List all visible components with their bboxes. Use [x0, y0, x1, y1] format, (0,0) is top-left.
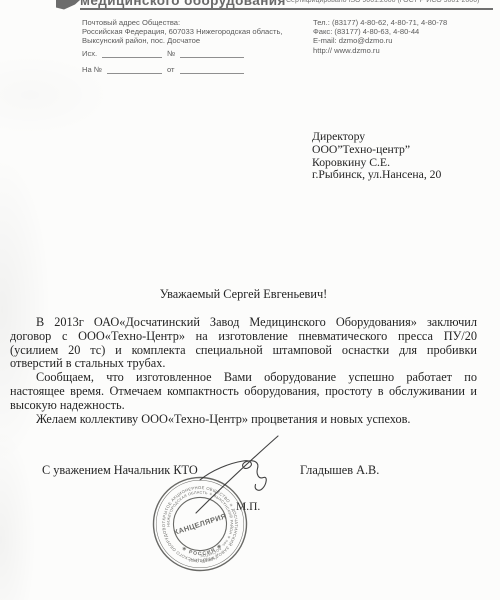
body-line: отверстий в стальных трубах. [10, 357, 477, 371]
salutation: Уважаемый Сергей Евгеньевич! [10, 287, 477, 302]
body-line: (усилием 20 тс) и комплекта специальной … [10, 344, 477, 358]
recipient-company: ООО”Техно-центр” [312, 144, 441, 157]
outgoing-ref-row: Исх. № [82, 47, 244, 58]
body-line: настоящее время. Отмечаем компактность о… [10, 385, 477, 399]
iso-certification-line: Сертифицировано ISO 9001:2000 (ГОСТ Р ИС… [286, 0, 479, 4]
body-line: высокую надежность. [10, 399, 477, 413]
incoming-date-blank [180, 64, 244, 74]
postal-label: Почтовый адрес Общества: [82, 18, 283, 27]
body-line: В 2013г ОАО«Досчатинский Завод Медицинск… [10, 316, 477, 330]
incoming-ref-blank [107, 64, 162, 74]
recipient-address: г.Рыбинск, ул.Нансена, 20 [312, 169, 441, 182]
outgoing-number-blank [180, 48, 244, 58]
round-stamp: ОТКРЫТОЕ АКЦИОНЕРНОЕ ОБЩЕСТВО ✳ ДОСЧАТИН… [150, 474, 251, 575]
recipient-block: Директору ООО”Техно-центр” Коровкину С.Е… [312, 131, 441, 182]
outgoing-ref-blank [102, 48, 162, 58]
incoming-ref-label: На № [82, 65, 102, 74]
stamp-center-text: КАНЦЕЛЯРИЯ [173, 511, 228, 537]
letter-body: В 2013г ОАО«Досчатинский Завод Медицинск… [10, 316, 477, 426]
incoming-date-label: от [167, 65, 175, 74]
fax-line: Факс: (83177) 4-80-63, 4-80-44 [313, 27, 447, 36]
postal-line-1: Российская Федерация, 607033 Нижегородск… [82, 27, 283, 36]
contacts-block: Тел.: (83177) 4-80-62, 4-80-71, 4-80-78 … [313, 18, 447, 55]
body-line: Сообщаем, что изготовленное Вами оборудо… [10, 371, 477, 385]
outgoing-ref-label: Исх. [82, 49, 97, 58]
handwritten-signature [196, 436, 278, 513]
website-line: http:// www.dzmo.ru [313, 46, 447, 55]
company-logo-icon [55, 0, 81, 11]
phone-line: Тел.: (83177) 4-80-62, 4-80-71, 4-80-78 [313, 18, 447, 27]
outgoing-number-label: № [167, 49, 175, 58]
postal-line-2: Выксунский район, пос. Досчатое [82, 36, 283, 45]
letterhead-divider [80, 8, 493, 10]
stamp-and-signature-area: ОТКРЫТОЕ АКЦИОНЕРНОЕ ОБЩЕСТВО ✳ ДОСЧАТИН… [138, 425, 308, 600]
email-line: E-mail: dzmo@dzmo.ru [313, 36, 447, 45]
postal-address-block: Почтовый адрес Общества: Российская Феде… [82, 18, 283, 46]
incoming-ref-row: На № от [82, 63, 244, 74]
body-line: договор с ООО«Техно-Центр» на изготовлен… [10, 330, 477, 344]
company-name-cropped: медицинского оборудования [80, 0, 286, 8]
recipient-title: Директору [312, 131, 441, 144]
scanned-letter-page: медицинского оборудования Сертифицирован… [0, 0, 500, 600]
signature-name: Гладышев А.В. [300, 463, 379, 478]
